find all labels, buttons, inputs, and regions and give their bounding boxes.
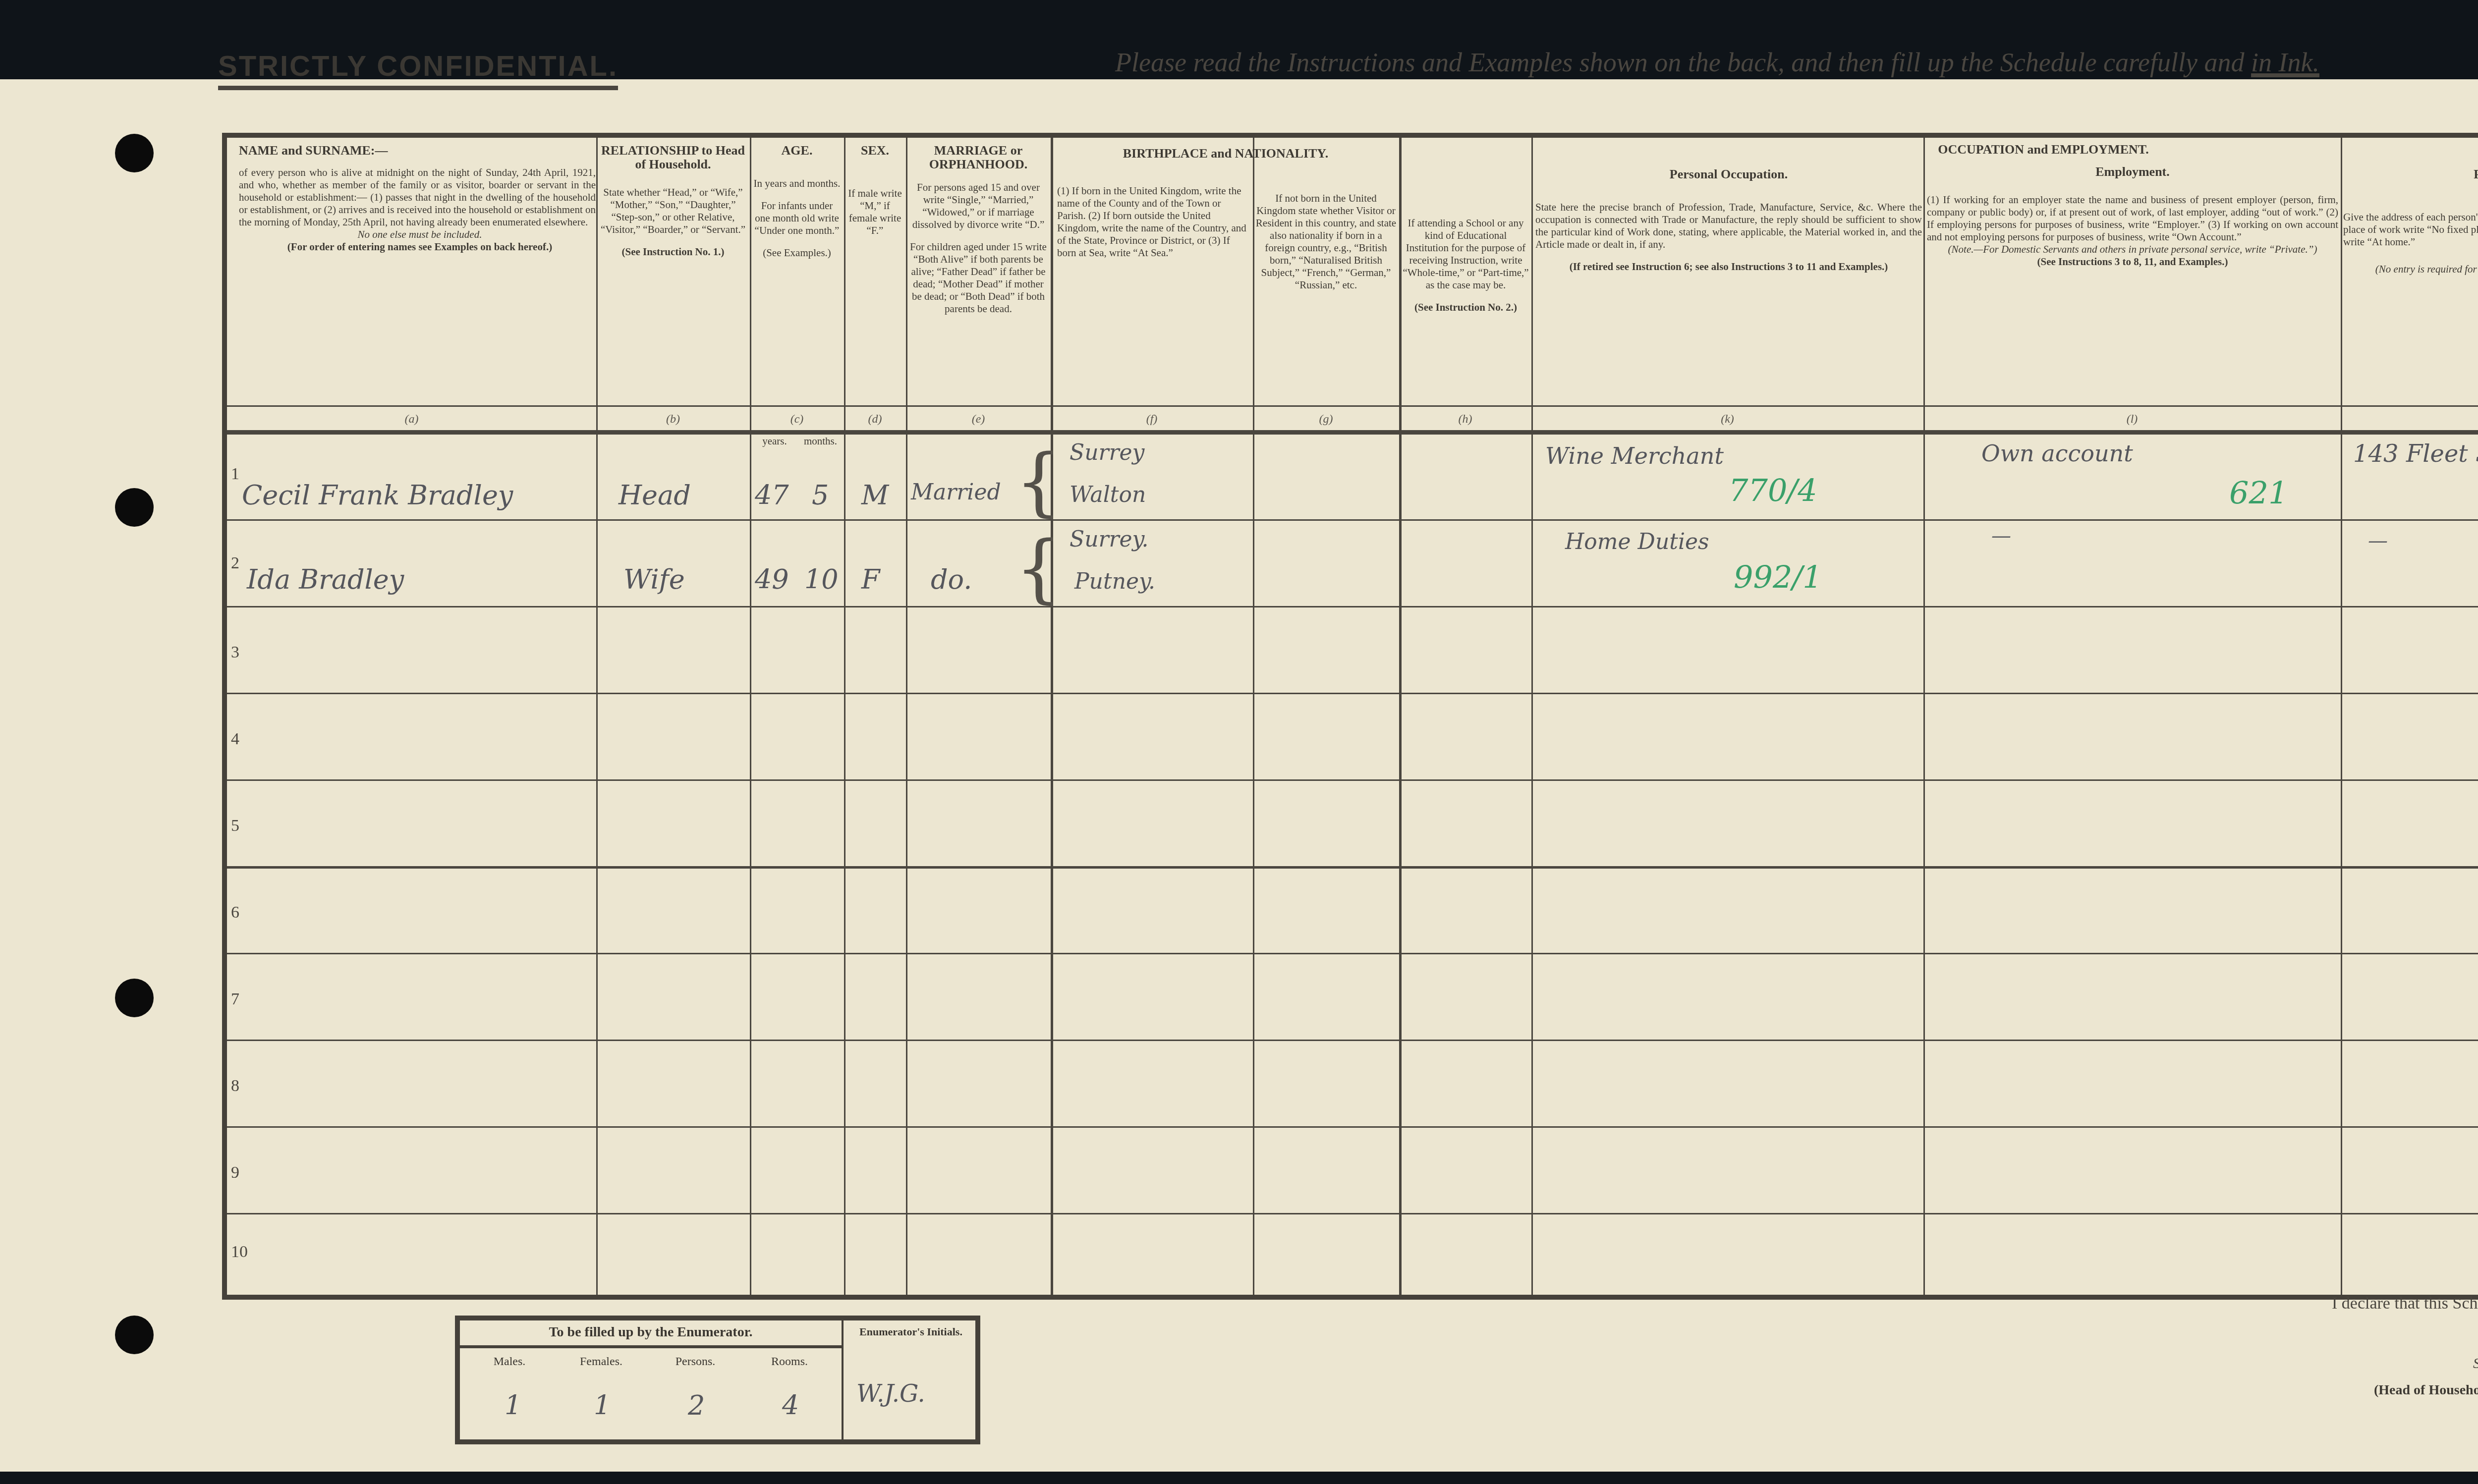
col-f-letter: (f) (1051, 413, 1253, 426)
binder-hole (115, 134, 154, 172)
col-e-title: MARRIAGE or ORPHANHOOD. (908, 144, 1048, 171)
col-l-note: (Note.—For Domestic Servants and others … (1927, 243, 2338, 256)
col-d-header: SEX. If male write “M,” if female write … (846, 144, 903, 237)
col-a-note: No one else must be included. (239, 228, 601, 241)
in-ink-text: in Ink. (2251, 48, 2319, 77)
col-c-footer: (See Examples.) (752, 247, 842, 259)
col-a-header: NAME and SURNAME:— of every person who i… (232, 144, 601, 253)
col-l-title: Employment. (1927, 165, 2338, 179)
employment-cell[interactable]: Own account (1981, 440, 2133, 467)
name-cell[interactable]: Cecil Frank Bradley (242, 480, 513, 511)
occupation-code: 770/4 (1729, 472, 1817, 508)
place-of-work-cell[interactable]: 143 Fleet St. E.C. (2353, 440, 2478, 468)
binder-hole (115, 488, 154, 527)
col-m-note: (No entry is required for any person who… (2343, 263, 2478, 275)
col-m-letter: (m) (2341, 413, 2478, 426)
row-number: 4 (231, 730, 239, 749)
col-f-body: (1) If born in the United Kingdom, write… (1057, 185, 1250, 259)
signature-label: Signature (2473, 1355, 2478, 1372)
col-e-note: For children aged under 15 write “Both A… (908, 241, 1048, 315)
row-number: 5 (231, 817, 239, 835)
males-label: Males. (467, 1355, 552, 1369)
age-years-cell[interactable]: 47 (755, 480, 789, 511)
birthplace-town-cell[interactable]: Walton (1070, 482, 1146, 507)
row-number: 9 (231, 1163, 239, 1182)
binder-hole (115, 1316, 154, 1354)
marriage-cell[interactable]: do. (931, 564, 972, 595)
col-l-footer: (See Instructions 3 to 8, 11, and Exampl… (1927, 256, 2338, 268)
birthplace-group-title: BIRTHPLACE and NATIONALITY. (1055, 147, 1397, 161)
relationship-cell[interactable]: Head (619, 480, 691, 511)
instructions-text: Please read the Instructions and Example… (1115, 48, 2245, 77)
col-e-letter: (e) (906, 413, 1051, 426)
row-number: 10 (231, 1243, 248, 1262)
employment-cell[interactable]: — (1991, 524, 2011, 547)
signature-caption: (Head of Household, Manager of Establish… (2374, 1382, 2478, 1398)
declaration-text: I declare that this Schedule is correctl… (2332, 1294, 2478, 1313)
rooms-count[interactable]: 4 (782, 1390, 799, 1421)
col-c-body: In years and months. (752, 177, 842, 190)
col-a-body: of every person who is alive at midnight… (239, 166, 601, 228)
col-a-letter: (a) (227, 413, 596, 426)
brace-icon: { (1015, 532, 1062, 606)
name-cell[interactable]: Ida Bradley (247, 564, 404, 595)
col-h-footer: (See Instruction No. 2.) (1403, 301, 1529, 314)
col-l-header: Employment. (1) If working for an employ… (1927, 165, 2338, 268)
col-c-letter: (c) (750, 413, 844, 426)
col-e-header: MARRIAGE or ORPHANHOOD. For persons aged… (908, 144, 1048, 315)
col-g-body: If not born in the United Kingdom state … (1255, 192, 1397, 291)
employment-code: 621 (2229, 475, 2288, 511)
col-k-body: State here the precise branch of Profess… (1535, 201, 1922, 251)
col-m-body: Give the address of each person's place … (2343, 211, 2478, 248)
age-months-cell[interactable]: 5 (812, 480, 829, 511)
col-l-body: (1) If working for an employer state the… (1927, 194, 2338, 243)
col-a-footer: (For order of entering names see Example… (239, 241, 601, 253)
col-d-body: If male write “M,” if female write “F.” (846, 187, 903, 237)
col-k-title: Personal Occupation. (1535, 167, 1922, 181)
age-months-label: months. (797, 435, 844, 447)
col-g-letter: (g) (1253, 413, 1399, 426)
col-k-footer: (If retired see Instruction 6; see also … (1535, 261, 1922, 273)
census-table: NAME and SURNAME:— of every person who i… (222, 133, 2478, 1300)
occupation-cell[interactable]: Wine Merchant (1545, 442, 1724, 469)
row-number: 3 (231, 643, 239, 662)
col-l-letter: (l) (1923, 413, 2341, 426)
occupation-group-title: OCCUPATION and EMPLOYMENT. (1402, 143, 2478, 157)
row-number: 6 (231, 903, 239, 922)
enumerator-initials-label: Enumerator's Initials. (846, 1325, 975, 1338)
col-c-title: AGE. (752, 144, 842, 158)
col-m-header: Place of Work. Give the address of each … (2343, 167, 2478, 275)
age-years-label: years. (752, 435, 797, 447)
enumerator-box-title: To be filled up by the Enumerator. (460, 1324, 842, 1340)
persons-count[interactable]: 2 (688, 1390, 705, 1421)
age-months-cell[interactable]: 10 (804, 564, 839, 595)
col-h-header: If attending a School or any kind of Edu… (1403, 217, 1529, 314)
row-number: 2 (231, 554, 239, 573)
females-count[interactable]: 1 (594, 1390, 611, 1421)
enumerator-initials[interactable]: W.J.G. (856, 1380, 925, 1408)
males-count[interactable]: 1 (505, 1390, 521, 1421)
brace-icon: { (1015, 445, 1062, 519)
occupation-cell[interactable]: Home Duties (1565, 529, 1709, 554)
col-k-header: Personal Occupation. State here the prec… (1535, 167, 1922, 273)
place-of-work-cell[interactable]: — (2368, 529, 2388, 552)
col-c-header: AGE. In years and months. For infants un… (752, 144, 842, 259)
sex-cell[interactable]: F (861, 564, 880, 595)
females-label: Females. (557, 1355, 646, 1369)
col-b-body: State whether “Head,” or “Wife,” “Mother… (599, 186, 747, 236)
col-h-body: If attending a School or any kind of Edu… (1403, 217, 1529, 291)
row-number: 7 (231, 990, 239, 1009)
col-h-letter: (h) (1399, 413, 1531, 426)
col-d-title: SEX. (846, 144, 903, 158)
instructions-line: Please read the Instructions and Example… (1115, 47, 2319, 78)
confidential-heading: STRICTLY CONFIDENTIAL. (218, 50, 618, 90)
rooms-label: Rooms. (745, 1355, 834, 1369)
col-a-title: NAME and SURNAME:— (239, 144, 601, 158)
birthplace-county-cell[interactable]: Surrey (1070, 440, 1144, 465)
col-e-body: For persons aged 15 and over write “Sing… (908, 181, 1048, 231)
row-number: 1 (231, 465, 239, 484)
persons-label: Persons. (651, 1355, 740, 1369)
age-years-cell[interactable]: 49 (755, 564, 789, 595)
col-b-letter: (b) (596, 413, 750, 426)
marriage-cell[interactable]: Married (911, 480, 1001, 505)
col-b-title: RELATIONSHIP to Head of Household. (599, 144, 747, 171)
binder-hole (115, 979, 154, 1017)
sex-cell[interactable]: M (861, 480, 889, 511)
col-d-letter: (d) (844, 413, 906, 426)
enumerator-box: To be filled up by the Enumerator. Enume… (455, 1316, 980, 1444)
birthplace-county-cell[interactable]: Surrey. (1070, 527, 1149, 552)
col-m-title: Place of Work. (2343, 167, 2478, 181)
occupation-code: 992/1 (1734, 559, 1822, 595)
col-k-letter: (k) (1531, 413, 1923, 426)
col-c-note: For infants under one month old write “U… (752, 200, 842, 237)
birthplace-town-cell[interactable]: Putney. (1074, 569, 1155, 594)
relationship-cell[interactable]: Wife (623, 564, 685, 595)
col-b-header: RELATIONSHIP to Head of Household. State… (599, 144, 747, 258)
col-b-footer: (See Instruction No. 1.) (599, 246, 747, 258)
row-number: 8 (231, 1077, 239, 1096)
